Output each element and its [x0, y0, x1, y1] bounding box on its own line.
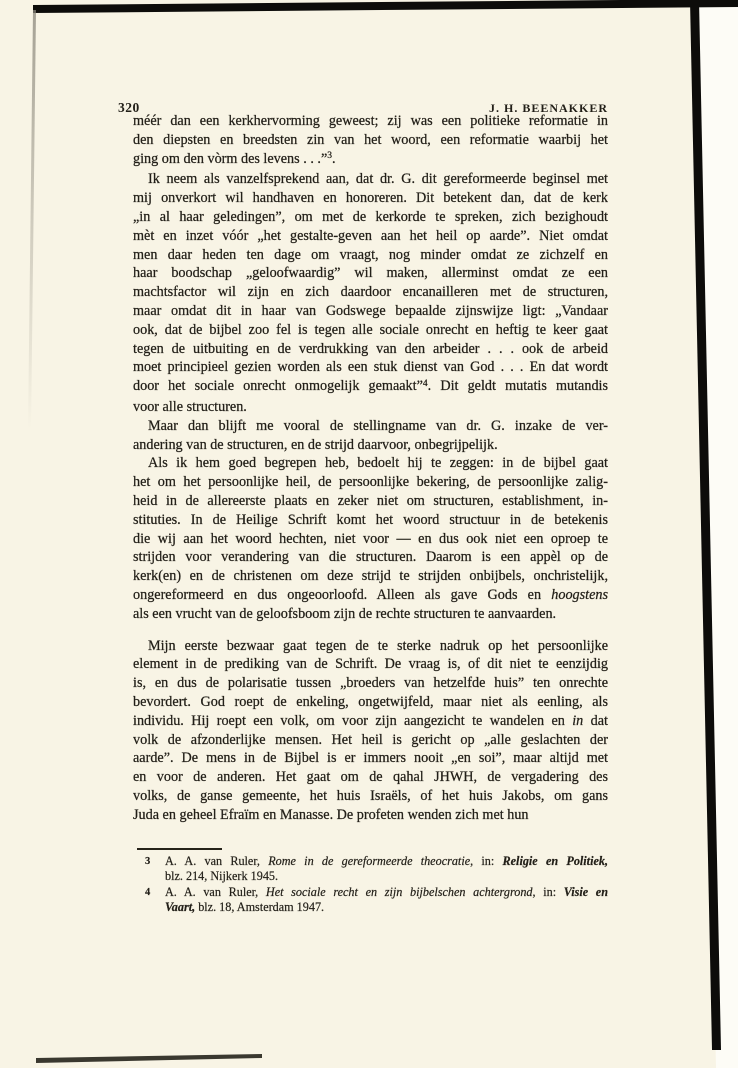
body-text: méér dan een kerkhervorming geweest; zij… — [133, 112, 608, 824]
text-line: volks, de ganse gemeente, het huis Israë… — [133, 787, 608, 806]
scan-edge-bottom-left — [36, 1054, 262, 1063]
footnote: 4A. A. van Ruler, Het sociale recht en z… — [143, 885, 608, 916]
text-line: ook, dat de bijbel zoo fel is tegen alle… — [133, 321, 608, 340]
text-line: strijden voor verandering van die struct… — [133, 548, 608, 567]
paragraph: Mijn eerste bezwaar gaat tegen de te ste… — [133, 637, 608, 825]
text-line: mij onverkort wil handhaven en honoreren… — [133, 189, 608, 208]
text-line: haar boodschap „geloofwaardig” wil maken… — [133, 264, 608, 283]
text-line: door het sociale onrecht onmogelijk gema… — [133, 377, 608, 398]
text-line: die wij aan het woord hechten, niet voor… — [133, 530, 608, 549]
text-line: A. A. van Ruler, Het sociale recht en zi… — [165, 885, 608, 900]
text-line: Mijn eerste bezwaar gaat tegen de te ste… — [133, 637, 608, 656]
paragraph: Ik neem als vanzelfsprekend aan, dat dr.… — [133, 170, 608, 416]
footnote: 3A. A. van Ruler, Rome in de gereformeer… — [143, 854, 608, 885]
text-line: Ik neem als vanzelfsprekend aan, dat dr.… — [133, 170, 608, 189]
page-edge-left-line — [28, 10, 36, 430]
text-line: bevordert. God roept de enkeling, ongetw… — [133, 693, 608, 712]
text-line: ging om den vòrm des levens . . .”3. — [133, 150, 608, 171]
text-line: andering van de structuren, en de strijd… — [133, 436, 608, 455]
scan-edge-top — [33, 0, 738, 13]
text-line: het om het persoonlijke heil, de persoon… — [133, 473, 608, 492]
text-line: is, en dus de polarisatie tussen „broede… — [133, 674, 608, 693]
paragraph: méér dan een kerkhervorming geweest; zij… — [133, 112, 608, 170]
text-line: volk de afzonderlijke mensen. Het heil i… — [133, 731, 608, 750]
paragraph: Als ik hem goed begrepen heb, bedoelt hi… — [133, 454, 608, 623]
footnote-marker: 4 — [145, 885, 150, 900]
text-line: mèt en inzet vóór „het gestalte-geven aa… — [133, 227, 608, 246]
text-line: moet principieel gezien worden als een s… — [133, 358, 608, 377]
text-line: Als ik hem goed begrepen heb, bedoelt hi… — [133, 454, 608, 473]
text-line: en voor de anderen. Het gaat om de qahal… — [133, 768, 608, 787]
text-line: voor alle structuren. — [133, 398, 608, 417]
paragraph: Maar dan blijft me vooral de stellingnam… — [133, 417, 608, 455]
text-line: stituties. In de Heilige Schrift komt he… — [133, 511, 608, 530]
text-line: tegen de uitbuiting en de verdrukking va… — [133, 340, 608, 359]
text-line: den diepsten en breedsten zin van het wo… — [133, 131, 608, 150]
text-line: blz. 214, Nijkerk 1945. — [165, 869, 608, 884]
text-line: aarde”. De mens in de Bijbel is er immer… — [133, 749, 608, 768]
text-line: element in de prediking van de Schrift. … — [133, 655, 608, 674]
text-line: machtsfactor wil zijn en zich daardoor e… — [133, 283, 608, 302]
text-line: kerk(en) en de christenen om deze strijd… — [133, 567, 608, 586]
scan-edge-right — [690, 0, 721, 1050]
text-line: méér dan een kerkhervorming geweest; zij… — [133, 112, 608, 131]
text-line: individu. Hij roept een volk, om voor zi… — [133, 712, 608, 731]
text-line: A. A. van Ruler, Rome in de gereformeerd… — [165, 854, 608, 869]
text-line: maar omdat dit in haar van Godswege bepa… — [133, 302, 608, 321]
text-line: Vaart, blz. 18, Amsterdam 1947. — [165, 900, 608, 915]
text-line: men daar heden ten dage om vraagt, nog m… — [133, 246, 608, 265]
footnotes: 3A. A. van Ruler, Rome in de gereformeer… — [143, 854, 608, 916]
text-line: Juda en geheel Efraïm en Manasse. De pro… — [133, 806, 608, 825]
text-line: heid in de allereerste plaats en zeker n… — [133, 492, 608, 511]
footnote-marker: 3 — [145, 854, 150, 869]
text-line: ongereformeerd en dus ongeoorloofd. Alle… — [133, 586, 608, 605]
text-line: als een vrucht van de geloofsboom zijn d… — [133, 605, 608, 624]
footnote-rule — [137, 848, 222, 850]
scanned-page: 320 J. H. BEENAKKER méér dan een kerkher… — [0, 0, 738, 1068]
text-line: Maar dan blijft me vooral de stellingnam… — [133, 417, 608, 436]
text-line: „in al haar geledingen”, om met de kerko… — [133, 208, 608, 227]
scan-margin-right — [695, 2, 738, 1068]
